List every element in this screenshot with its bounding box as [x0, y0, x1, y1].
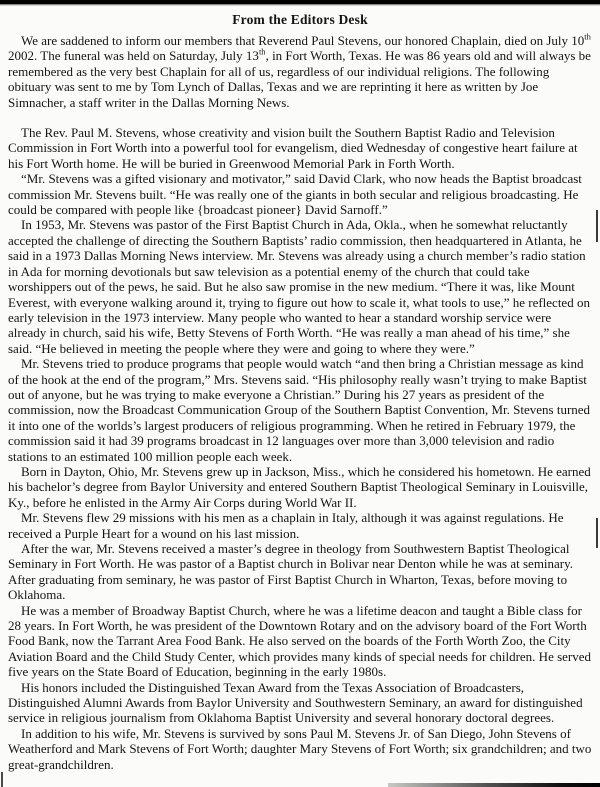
document-page: From the Editors Desk We are saddened to… — [8, 8, 592, 772]
scan-artifact-left-bottom — [1, 772, 3, 787]
paragraph: In addition to his wife, Mr. Stevens is … — [8, 726, 592, 772]
scan-edge-top — [0, 0, 600, 6]
scan-artifact-right-lower — [596, 518, 598, 548]
paragraph: His honors included the Distinguished Te… — [8, 680, 592, 726]
scan-edge-bottom — [388, 783, 600, 787]
paragraph: Mr. Stevens tried to produce programs th… — [8, 356, 592, 464]
paragraph: “Mr. Stevens was a gifted visionary and … — [8, 171, 592, 217]
paragraph: Born in Dayton, Ohio, Mr. Stevens grew u… — [8, 464, 592, 510]
document-body: We are saddened to inform our members th… — [8, 33, 592, 772]
paragraph: After the war, Mr. Stevens received a ma… — [8, 541, 592, 603]
paragraph: He was a member of Broadway Baptist Chur… — [8, 603, 592, 680]
scan-artifact-right-upper — [596, 210, 598, 242]
paragraph: Mr. Stevens flew 29 missions with his me… — [8, 510, 592, 541]
paragraph: In 1953, Mr. Stevens was pastor of the F… — [8, 217, 592, 356]
paragraph: The Rev. Paul M. Stevens, whose creativi… — [8, 125, 592, 171]
document-title: From the Editors Desk — [8, 12, 592, 28]
intro-paragraph: We are saddened to inform our members th… — [8, 33, 592, 110]
